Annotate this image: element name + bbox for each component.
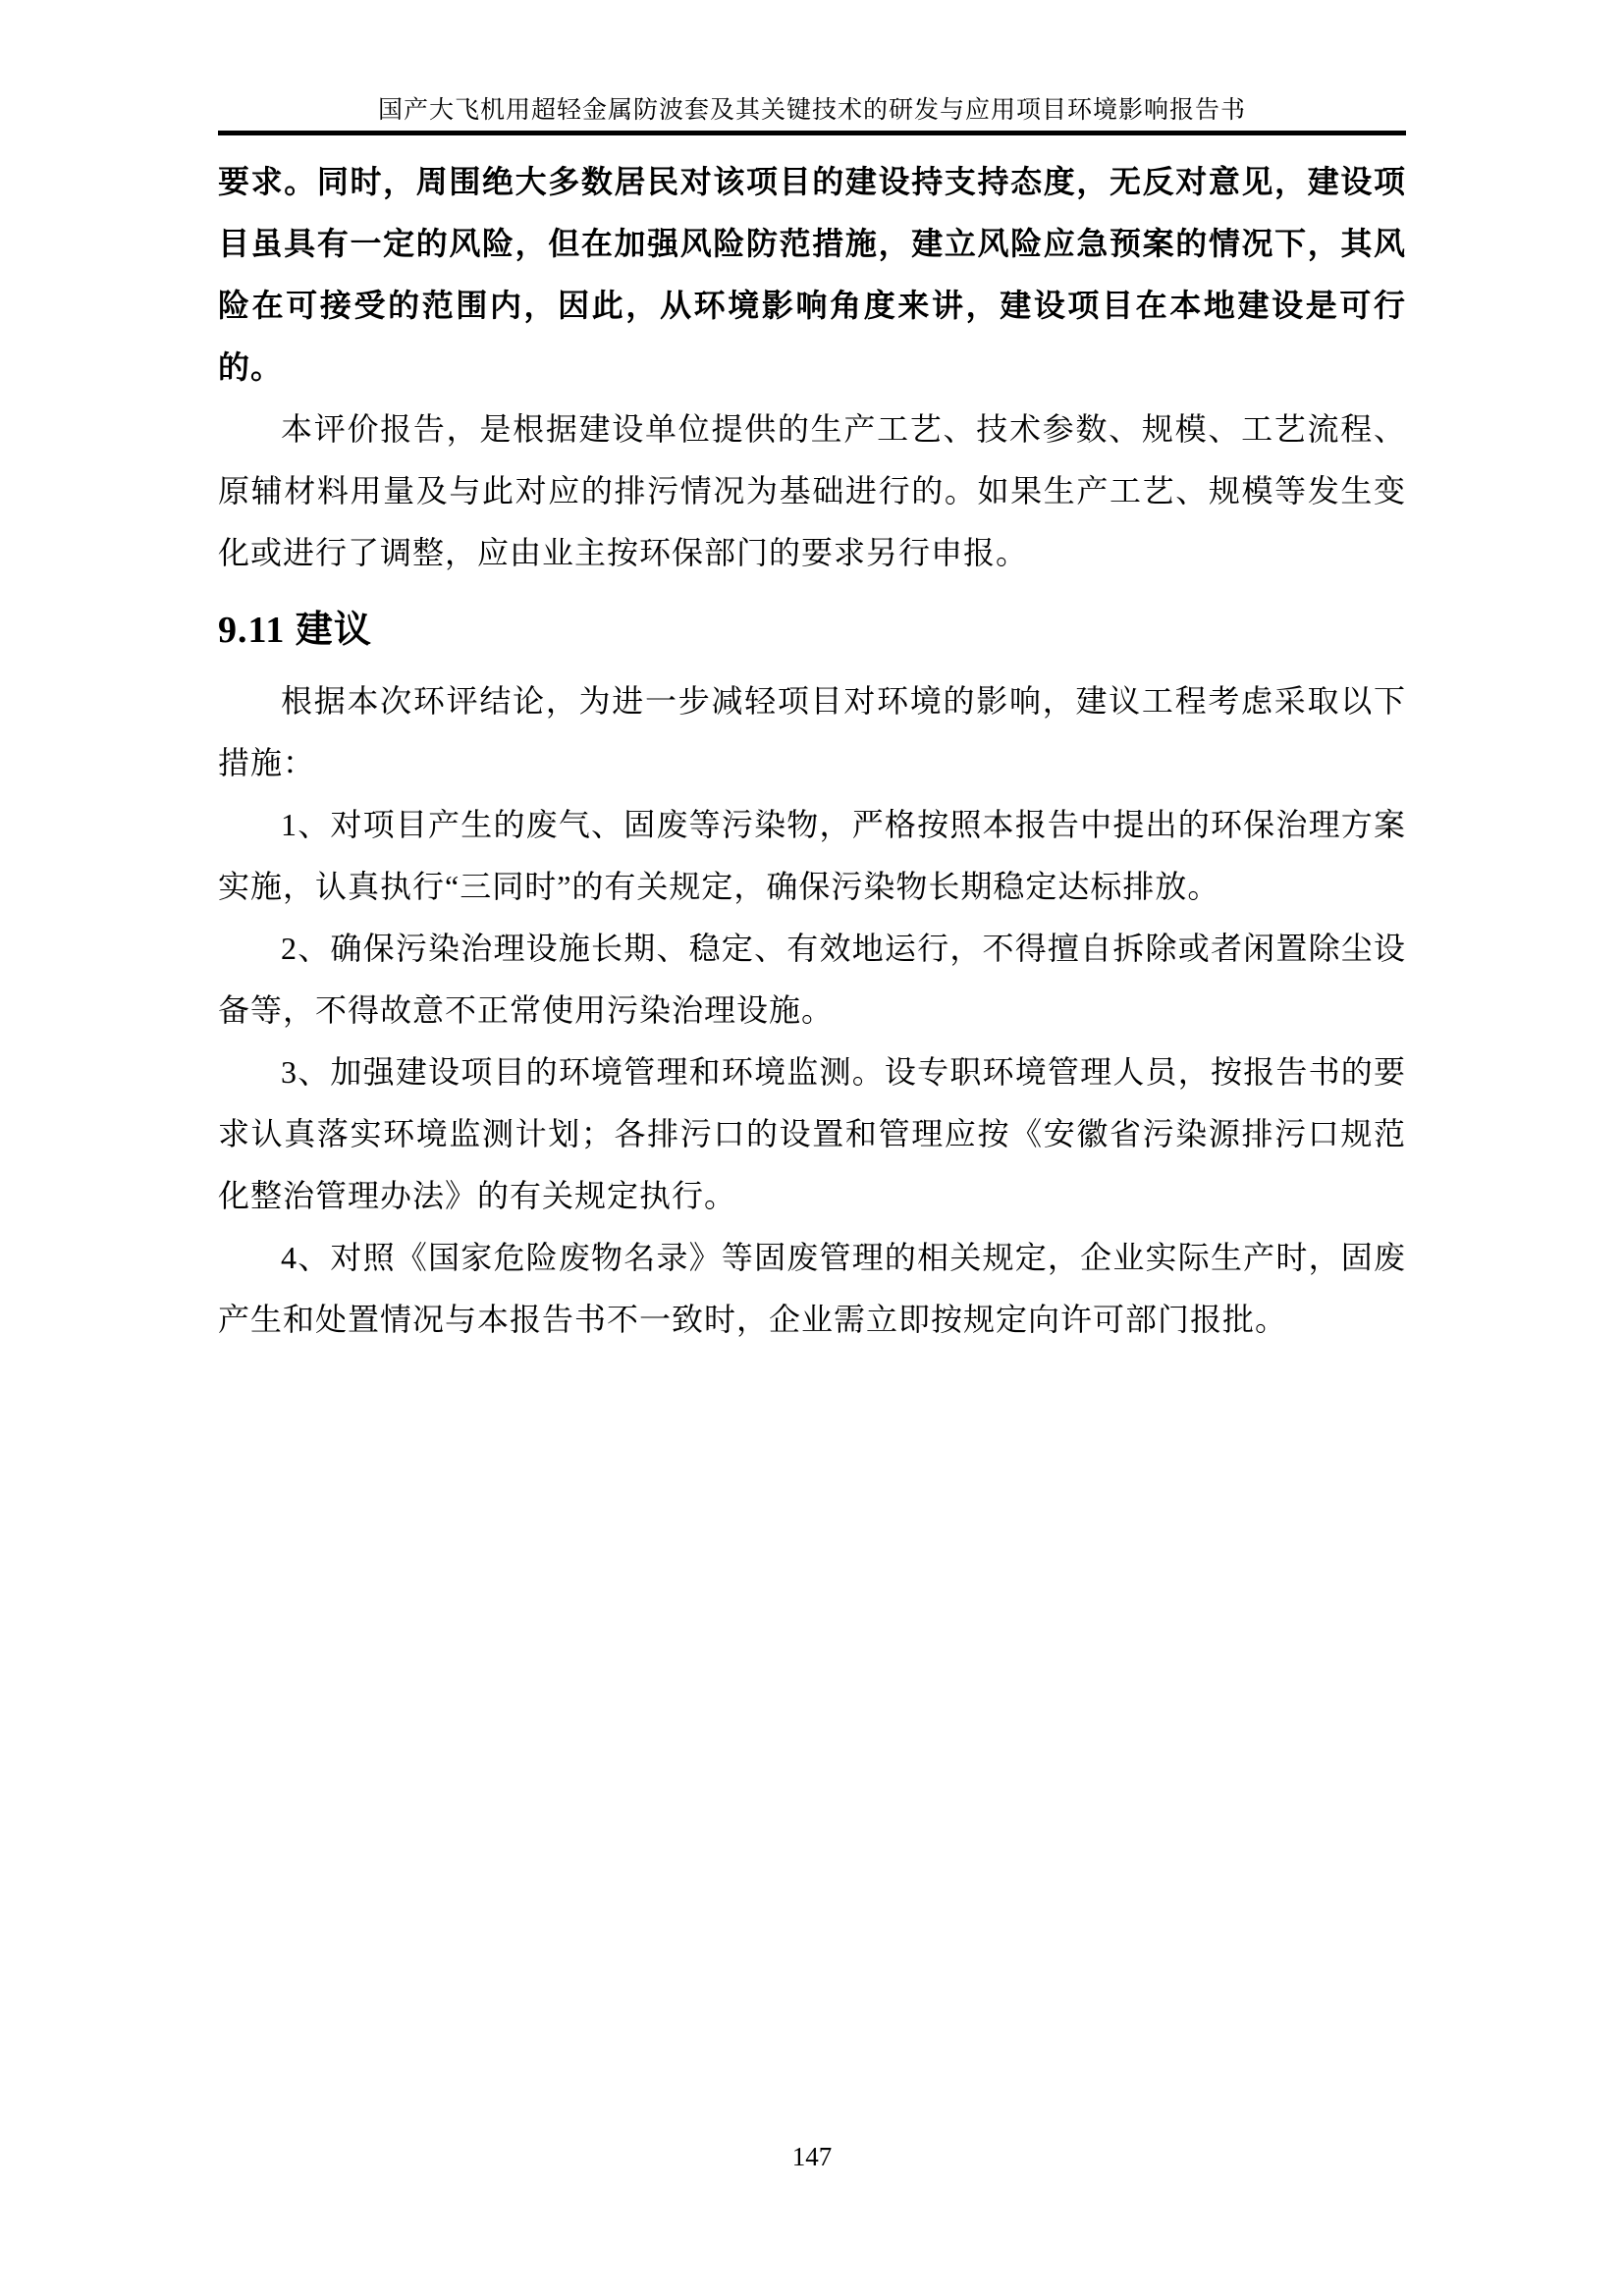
document-page: 国产大飞机用超轻金属防波套及其关键技术的研发与应用项目环境影响报告书 要求。同时…: [0, 0, 1624, 2296]
page-footer: 147: [0, 2142, 1624, 2172]
suggestion-item-2: 2、确保污染治理设施长期、稳定、有效地运行，不得擅自拆除或者闲置除尘设备等，不得…: [218, 918, 1406, 1041]
header-title: 国产大飞机用超轻金属防波套及其关键技术的研发与应用项目环境影响报告书: [218, 95, 1406, 126]
paragraph-evaluation-basis: 本评价报告，是根据建设单位提供的生产工艺、技术参数、规模、工艺流程、原辅材料用量…: [218, 399, 1406, 584]
suggestion-item-1: 1、对项目产生的废气、固废等污染物，严格按照本报告中提出的环保治理方案实施，认真…: [218, 794, 1406, 918]
paragraph-conclusion: 要求。同时，周围绝大多数居民对该项目的建设持支持态度，无反对意见，建设项目虽具有…: [218, 151, 1406, 399]
paragraph-suggestions-intro: 根据本次环评结论，为进一步减轻项目对环境的影响，建议工程考虑采取以下措施：: [218, 670, 1406, 794]
page-number: 147: [792, 2142, 833, 2171]
page-header: 国产大飞机用超轻金属防波套及其关键技术的研发与应用项目环境影响报告书: [218, 0, 1406, 135]
header-rule: [218, 131, 1406, 135]
section-heading-9-11: 9.11 建议: [218, 608, 1406, 653]
document-body: 要求。同时，周围绝大多数居民对该项目的建设持支持态度，无反对意见，建设项目虽具有…: [218, 151, 1406, 1351]
suggestion-item-3: 3、加强建设项目的环境管理和环境监测。设专职环境管理人员，按报告书的要求认真落实…: [218, 1041, 1406, 1227]
suggestion-item-4: 4、对照《国家危险废物名录》等固废管理的相关规定，企业实际生产时，固废产生和处置…: [218, 1227, 1406, 1351]
